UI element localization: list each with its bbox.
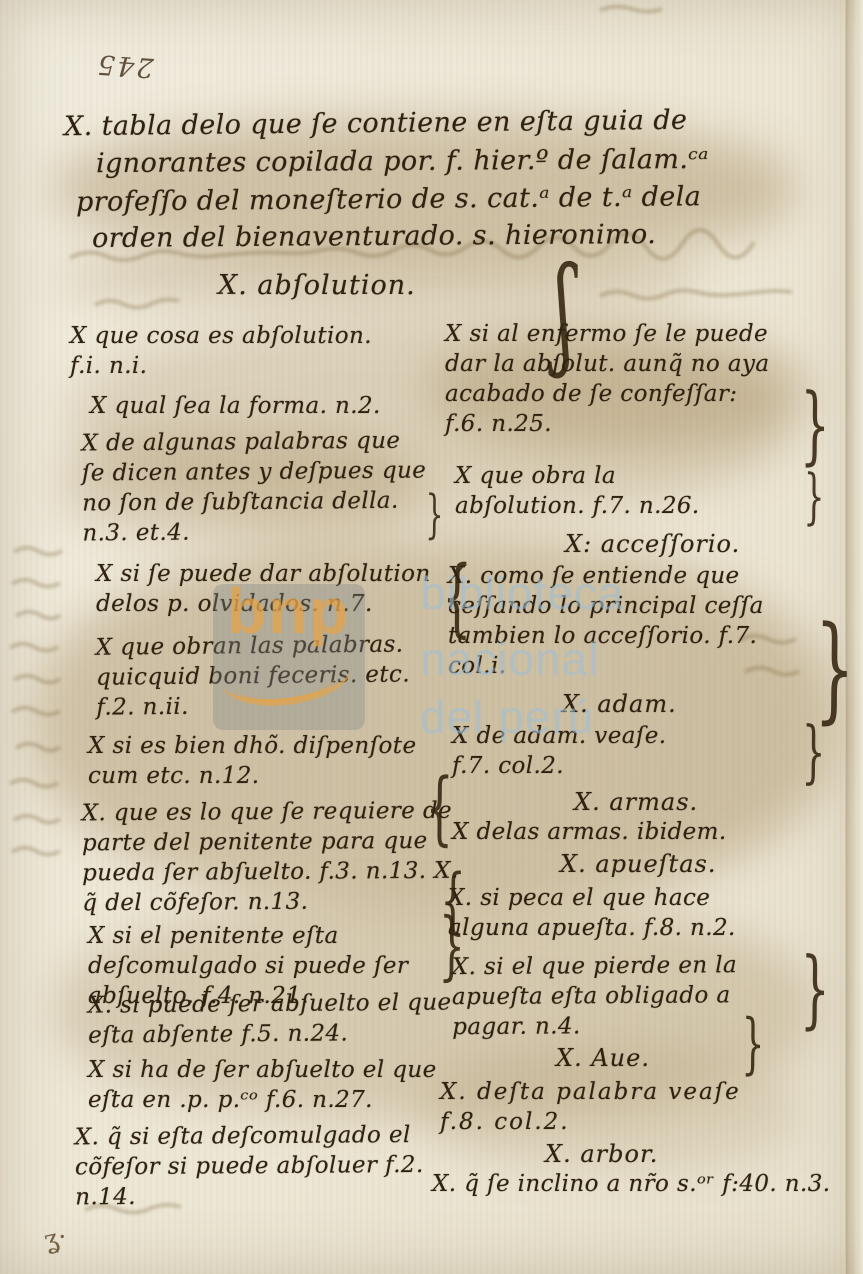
index-entry: X si es bien dhõ. diſpenſote cum etc. n.… — [88, 732, 443, 792]
index-entry: X. como ſe entiende que ceſſando lo prin… — [448, 562, 793, 682]
index-entry: X que cosa es abſolution. f.i. n.i. — [70, 322, 380, 382]
bracket: } — [803, 470, 825, 525]
table-title-line: X. tabla delo que ſe contiene en eſta gu… — [64, 105, 688, 143]
index-entry: X de adam. veaſe. f.7. col.2. — [452, 722, 702, 782]
index-section-heading: X. Aue. — [556, 1044, 650, 1072]
index-entry: X si ha de ſer abſuelto el que eſta en .… — [88, 1056, 468, 1116]
index-entry: X qual ſea la forma. n.2. — [90, 392, 430, 422]
table-title-line: ignorantes copilada por. f. hier.º de ſa… — [96, 144, 709, 179]
index-section-heading: X. apueſtas. — [560, 850, 716, 878]
bracket: { — [442, 560, 472, 637]
bracket: } — [814, 617, 855, 722]
index-entry: X. si peca el que hace alguna apueſta. f… — [448, 884, 788, 944]
index-entry: X si al enfermo ſe le puede dar la abſol… — [445, 320, 775, 440]
index-entry: X. si puede ſer abſuelto el que eſta abſ… — [88, 988, 469, 1051]
bracket: } — [800, 952, 830, 1029]
index-entry: X. q̃ ſe inclino a nr̃o s.ᵒʳ f:40. n.3. — [432, 1170, 832, 1200]
section-heading-absolution: X. abſolution. — [218, 270, 416, 301]
index-entry: X si ſe puede dar abſolution delos p. ol… — [96, 560, 436, 620]
bracket: } — [438, 912, 465, 980]
index-section-heading: X. armas. — [574, 788, 698, 816]
index-section-heading: X: acceſſorio. — [565, 530, 740, 558]
bracket: } — [801, 722, 825, 784]
index-entry: X. que es lo que ſe requiere de parte de… — [82, 797, 463, 919]
bracket: } — [425, 492, 444, 539]
index-entry: X que obran las palabras. quicquid boni … — [96, 630, 427, 723]
bracket: { — [425, 772, 454, 845]
index-section-heading: X. arbor. — [545, 1140, 658, 1168]
index-entry: X delas armas. ibidem. — [452, 818, 812, 848]
manuscript-page: 245 X. tabla delo que ſe contiene en eſt… — [0, 0, 863, 1274]
bracket: } — [741, 1014, 765, 1074]
index-entry: X de algunas palabras que ſe dicen antes… — [81, 426, 427, 549]
index-section-heading: X. adam. — [562, 690, 677, 718]
corner-mark: ʓ· — [41, 1222, 70, 1256]
index-entry: X. q̃ si eſta deſcomulgado el cõfeſor si… — [75, 1121, 466, 1213]
index-entry: X. deſta palabra veaſe f.8. col.2. — [440, 1078, 780, 1138]
bracket: } — [800, 388, 830, 465]
index-entry: X que obra la abſolution. f.7. n.26. — [455, 462, 725, 522]
table-title-line: profeſſo del moneſterio de s. cat.ᵃ de t… — [76, 181, 701, 217]
folio-number: 245 — [95, 48, 155, 83]
